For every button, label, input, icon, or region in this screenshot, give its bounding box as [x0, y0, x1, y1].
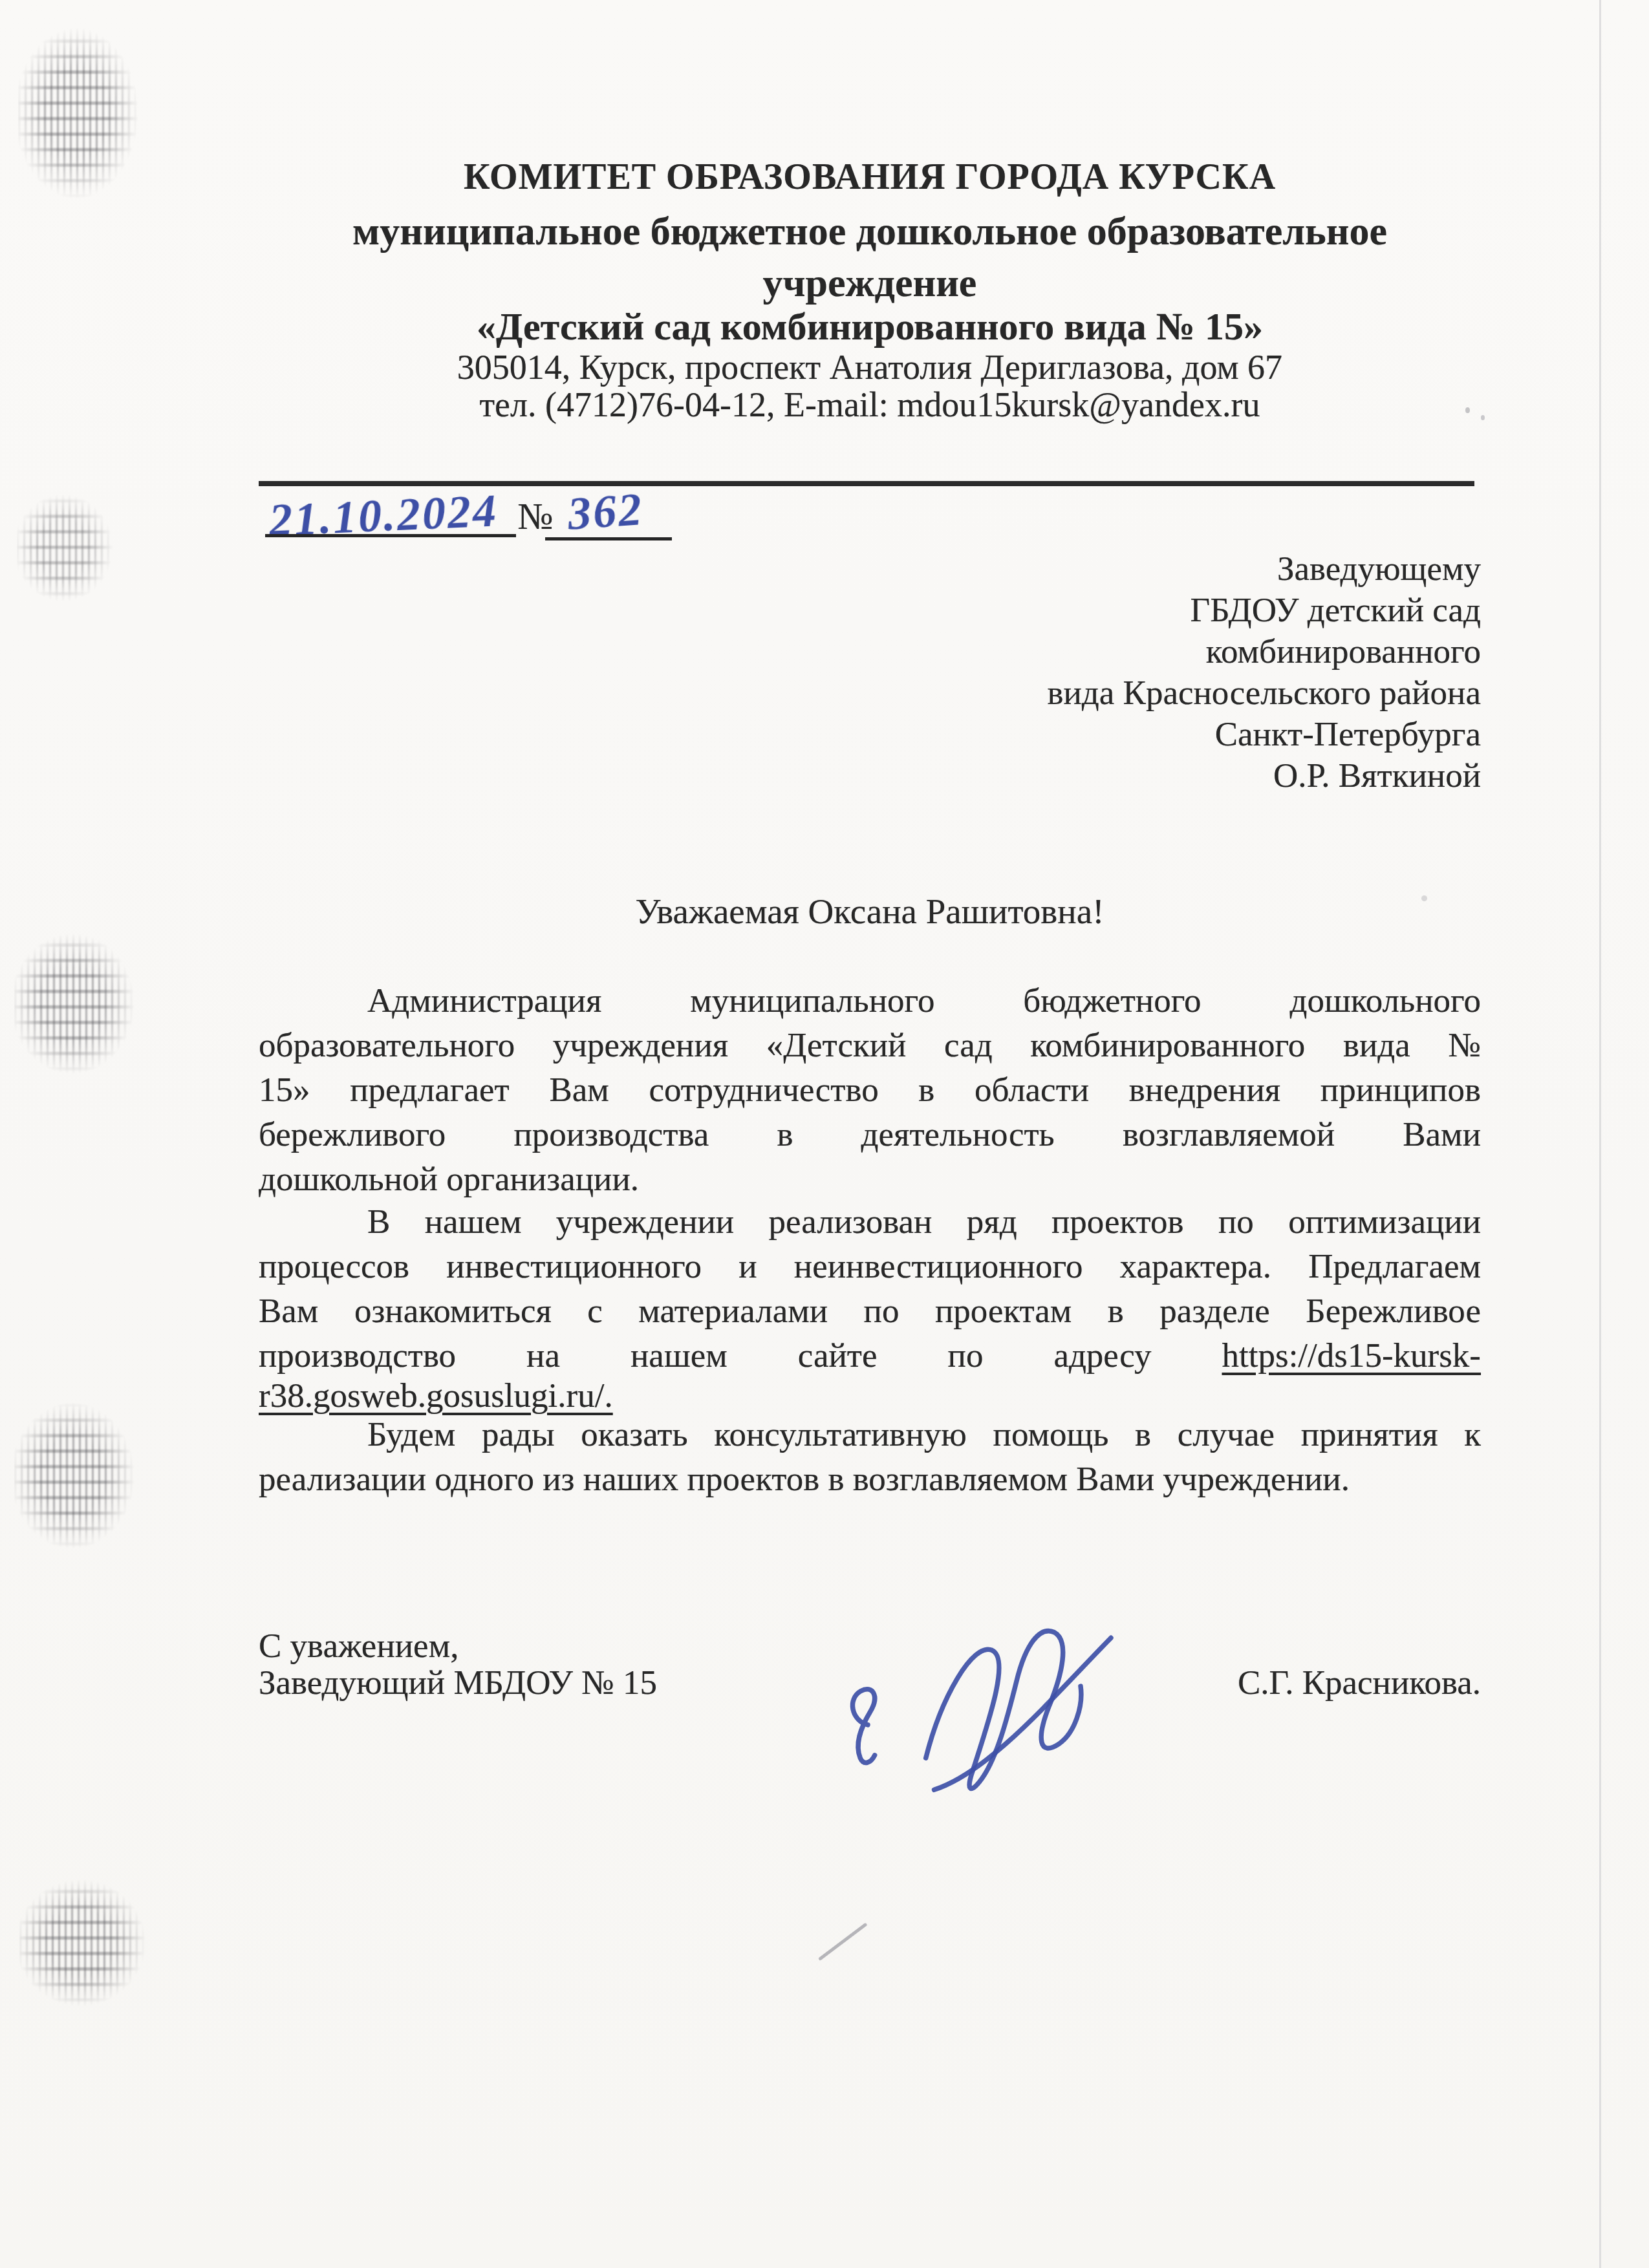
letterhead-org-type-line2: учреждение	[213, 261, 1526, 306]
body-line: процессов инвестиционного и неинвестицио…	[259, 1245, 1481, 1288]
body-line: Администрация муниципального бюджетного …	[259, 979, 1481, 1022]
letterhead-address: 305014, Курск, проспект Анатолия Деригла…	[213, 348, 1526, 387]
salutation: Уважаемая Оксана Рашитовна!	[259, 891, 1481, 932]
letterhead-divider-rule	[259, 481, 1474, 486]
addressee-line: комбинированного	[841, 631, 1481, 672]
body-line: 15» предлагает Вам сотрудничество в обла…	[259, 1069, 1481, 1111]
letterhead-org-name: «Детский сад комбинированного вида № 15»	[213, 305, 1526, 348]
body-line: реализации одного из наших проектов в во…	[259, 1458, 1481, 1501]
addressee-line: Санкт-Петербурга	[841, 714, 1481, 755]
body-line: дошкольной организации.	[259, 1158, 1481, 1201]
body-line: бережливого производства в деятельность …	[259, 1113, 1481, 1156]
handwritten-date: 21.10.2024	[268, 484, 499, 547]
scan-smudge-middle	[14, 921, 144, 1086]
body-line: В нашем учреждении реализован ряд проект…	[259, 1201, 1481, 1243]
scan-smudge-lower	[14, 1390, 144, 1561]
pencil-mark	[818, 1923, 867, 1961]
addressee-block: Заведующему ГБДОУ детский сад комбиниров…	[841, 548, 1481, 797]
number-underline	[545, 537, 672, 540]
addressee-line: вида Красносельского района	[841, 672, 1481, 714]
signature-ink	[837, 1615, 1141, 1796]
body-line: Будем рады оказать консультативную помощ…	[259, 1413, 1481, 1456]
body-line: Вам ознакомиться с материалами по проект…	[259, 1290, 1481, 1332]
date-underline	[265, 534, 516, 537]
signature-closing: С уважением,	[259, 1627, 458, 1665]
addressee-line: Заведующему	[841, 548, 1481, 590]
body-text: производство на нашем сайте по адресу	[259, 1337, 1152, 1375]
addressee-line: О.Р. Вяткиной	[841, 755, 1481, 797]
body-line: образовательного учреждения «Детский сад…	[259, 1024, 1481, 1067]
addressee-line: ГБДОУ детский сад	[841, 590, 1481, 631]
scan-smudge-upper	[17, 485, 120, 611]
letterhead-committee: КОМИТЕТ ОБРАЗОВАНИЯ ГОРОДА КУРСКА	[213, 157, 1526, 198]
number-sign: №	[517, 495, 553, 538]
handwritten-number: 362	[566, 482, 645, 541]
website-url: https://ds15-kursk-	[1222, 1337, 1481, 1375]
body-line: r38.gosweb.gosuslugi.ru/.	[259, 1375, 1481, 1417]
letterhead-contacts: тел. (4712)76-04-12, E-mail: mdou15kursk…	[213, 385, 1526, 424]
letter-page: КОМИТЕТ ОБРАЗОВАНИЯ ГОРОДА КУРСКА муници…	[0, 0, 1649, 2268]
letterhead-org-type-line1: муниципальное бюджетное дошкольное образ…	[213, 209, 1526, 254]
scan-smudge-bottom	[19, 1868, 155, 2017]
scan-edge-line	[1599, 0, 1601, 2268]
body-line: производство на нашем сайте по адресу ht…	[259, 1334, 1481, 1377]
scan-smudge-top	[18, 13, 147, 213]
website-url: r38.gosweb.gosuslugi.ru/.	[259, 1377, 613, 1415]
